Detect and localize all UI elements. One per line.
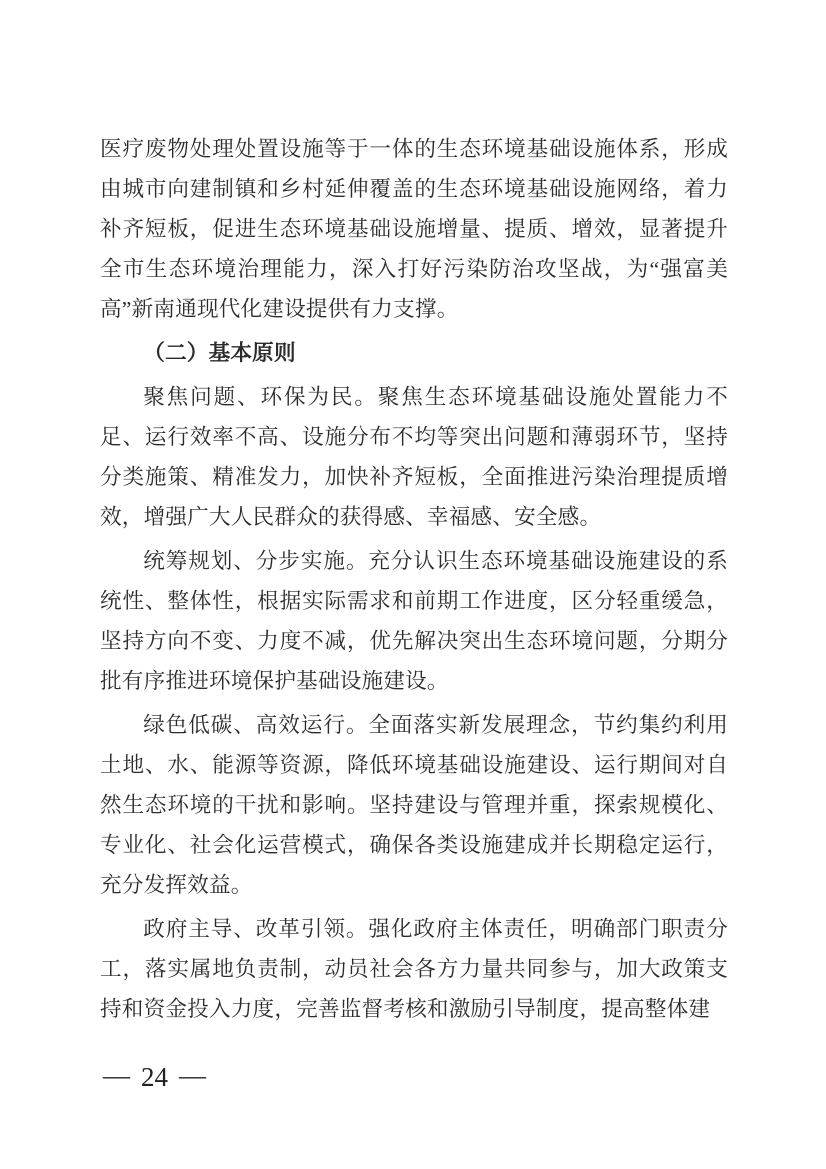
body-paragraph: 政府主导、改革引领。强化政府主体责任，明确部门职责分工，落实属地负责制，动员社会…	[100, 909, 728, 1029]
footer-page-number: 24	[141, 1062, 168, 1093]
document-page: 医疗废物处理处置设施等于一体的生态环境基础设施体系，形成由城市向建制镇和乡村延伸…	[0, 0, 826, 1169]
footer-dash-right: —	[179, 1062, 206, 1089]
page-footer: — 24 —	[103, 1062, 206, 1093]
body-paragraph: 绿色低碳、高效运行。全面落实新发展理念，节约集约利用土地、水、能源等资源，降低环…	[100, 705, 728, 905]
section-heading: （二）基本原则	[100, 333, 728, 373]
body-paragraph-continuation: 医疗废物处理处置设施等于一体的生态环境基础设施体系，形成由城市向建制镇和乡村延伸…	[100, 129, 728, 329]
footer-dash-left: —	[103, 1062, 130, 1089]
page-body: 医疗废物处理处置设施等于一体的生态环境基础设施体系，形成由城市向建制镇和乡村延伸…	[100, 129, 728, 1033]
body-paragraph: 统筹规划、分步实施。充分认识生态环境基础设施建设的系统性、整体性，根据实际需求和…	[100, 541, 728, 701]
body-paragraph: 聚焦问题、环保为民。聚焦生态环境基础设施处置能力不足、运行效率不高、设施分布不均…	[100, 377, 728, 537]
